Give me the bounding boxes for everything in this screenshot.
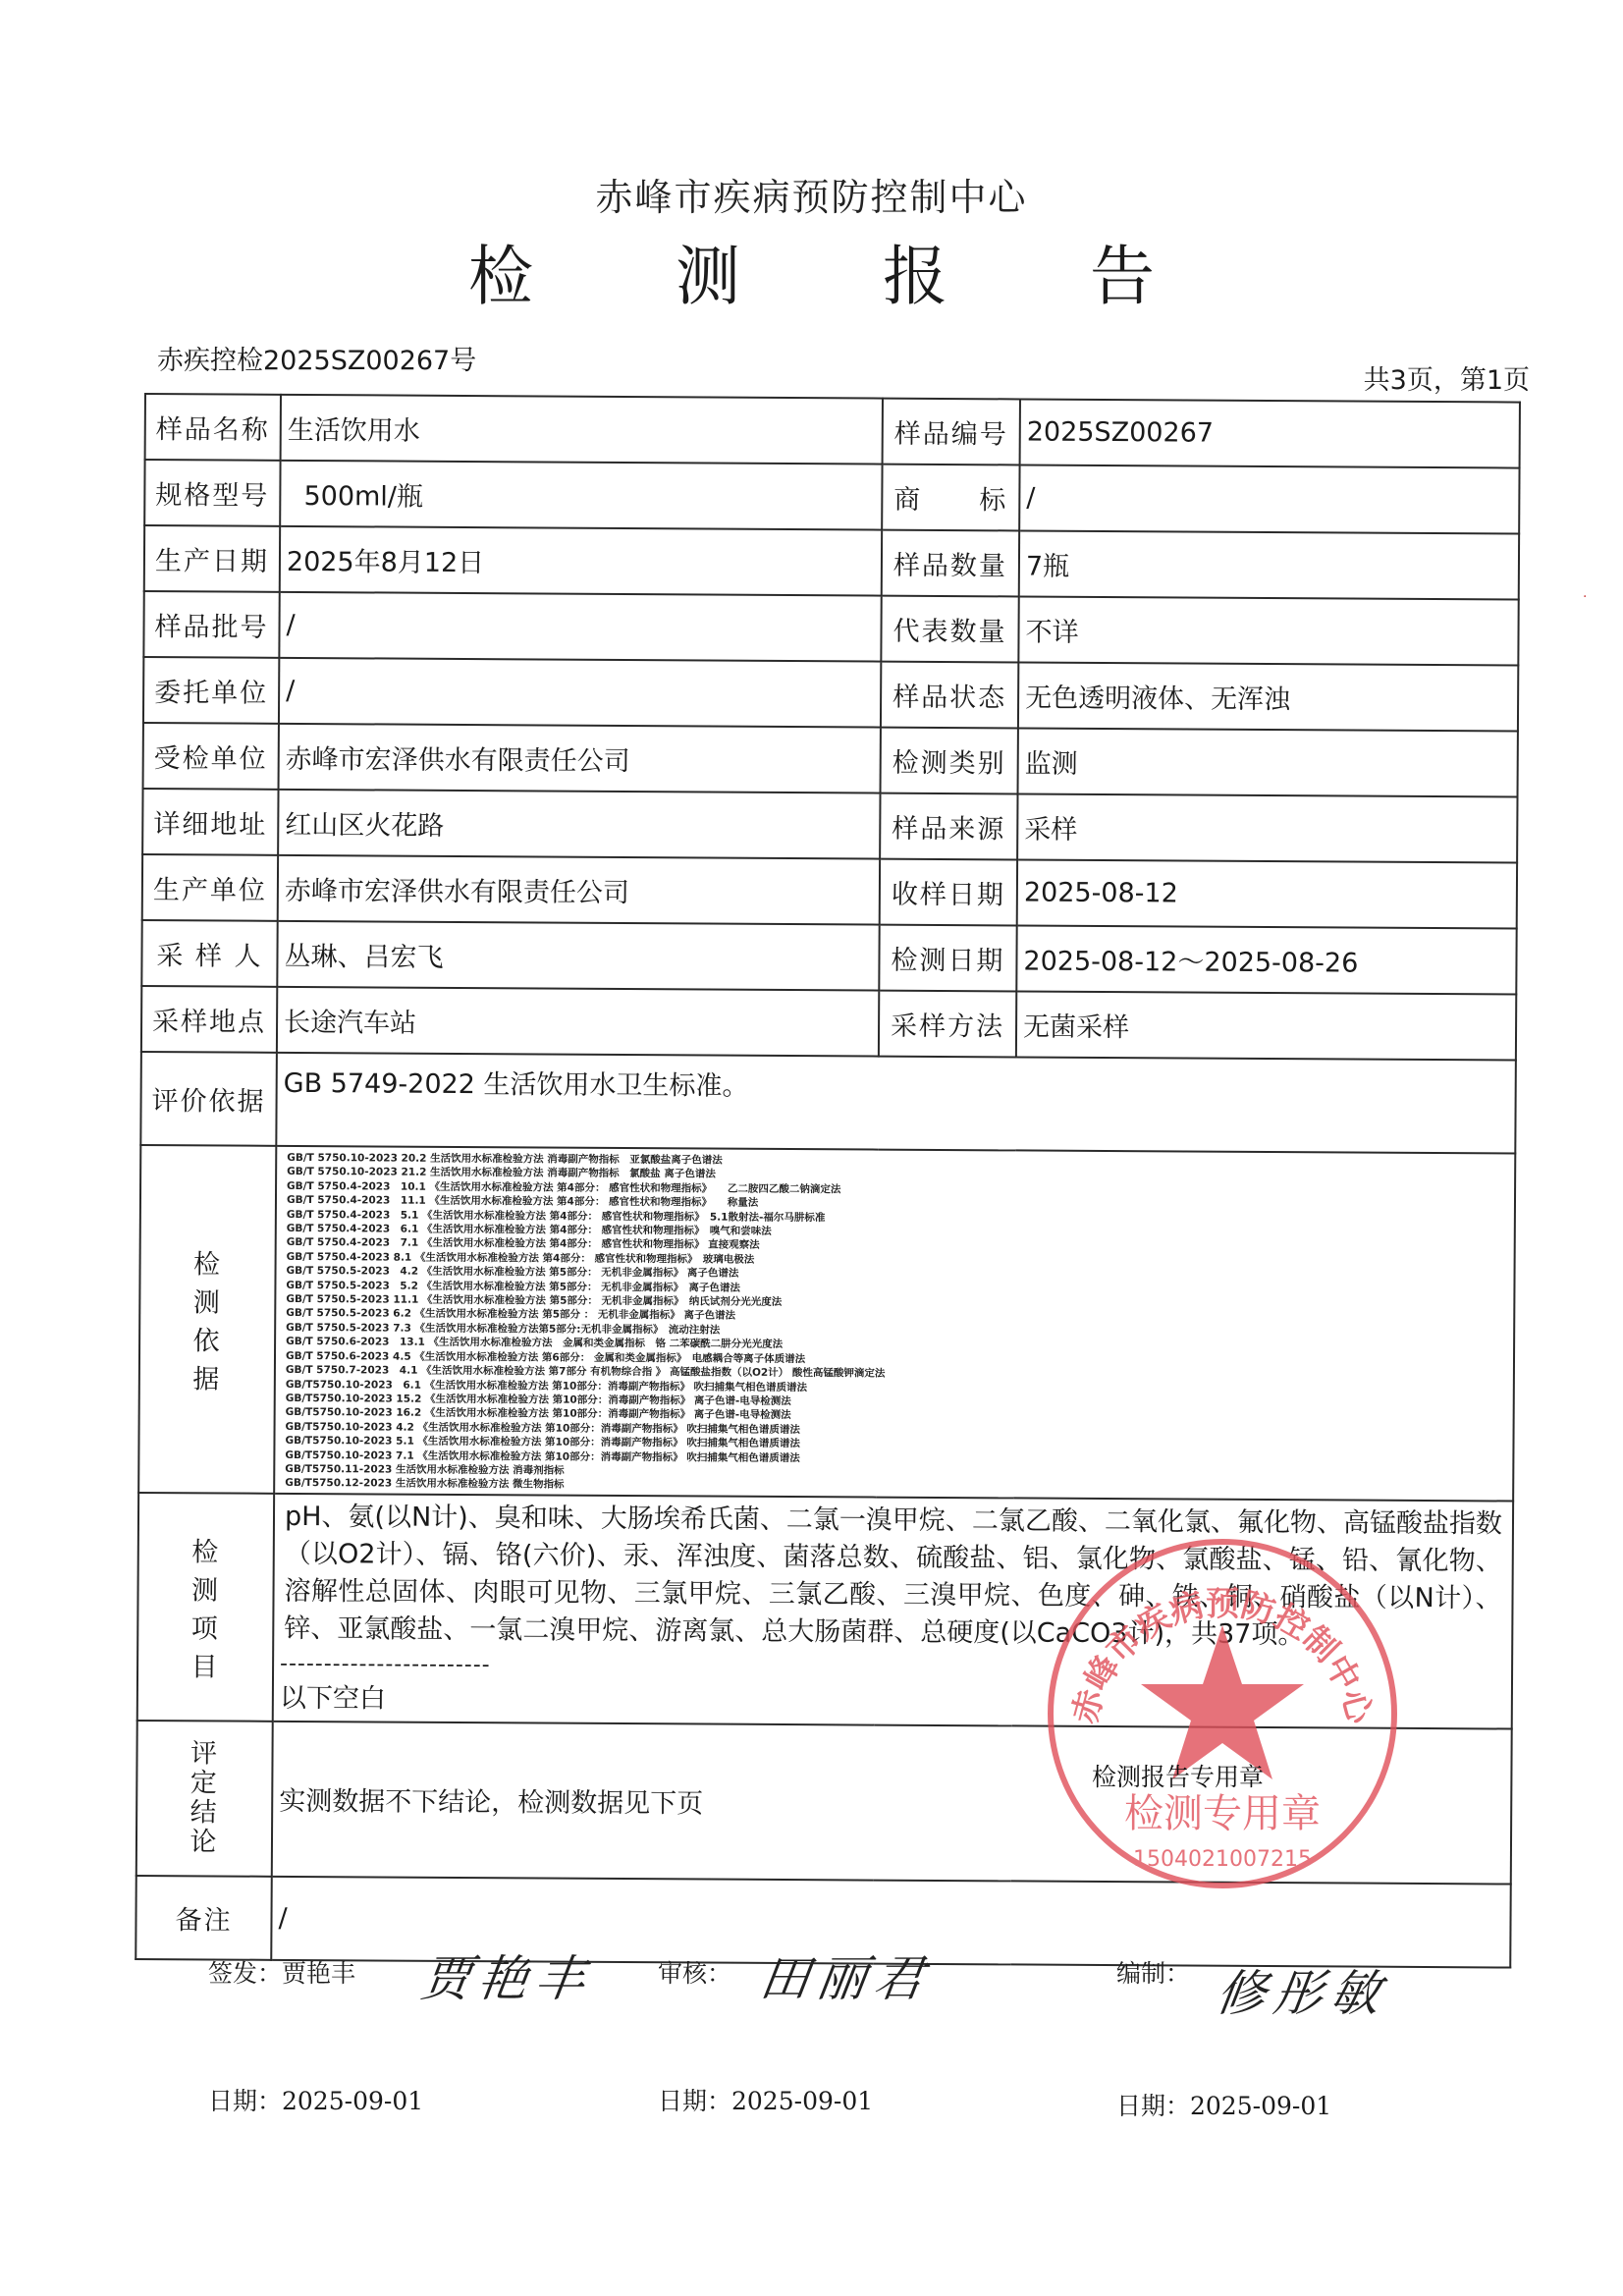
info-left-value: 生活饮用水: [281, 395, 883, 465]
info-rows: 样品名称生活饮用水样品编号2025SZ00267规格型号 500ml/瓶商 标/…: [141, 394, 1520, 1061]
organization-name: 赤峰市疾病预防控制中心: [0, 167, 1623, 221]
issuer-signature: 贾艳丰: [417, 1940, 598, 2010]
info-right-label: 样品数量: [882, 530, 1019, 597]
info-left-label: 受检单位: [143, 723, 279, 790]
info-right-value: 采样: [1017, 793, 1517, 862]
info-left-value: 赤峰市宏泽供水有限责任公司: [278, 855, 880, 925]
info-right-value: 7瓶: [1019, 530, 1519, 599]
info-right-label: 收样日期: [880, 859, 1017, 926]
info-row: 样品批号/代表数量不详: [143, 591, 1518, 666]
reviewer-date: 日期：2025-09-01: [658, 2082, 873, 2117]
test-items-text: pH、氨(以N计)、臭和味、大肠埃希氏菌、二氯一溴甲烷、二氯乙酸、二氧化氯、氟化…: [280, 1495, 1506, 1660]
info-row: 采 样 人丛琳、吕宏飞检测日期2025-08-12～2025-08-26: [141, 920, 1516, 995]
info-row: 采样地点长途汽车站采样方法无菌采样: [141, 986, 1516, 1061]
info-right-value: 不详: [1018, 596, 1518, 665]
info-right-label: 采样方法: [879, 991, 1016, 1058]
info-row: 生产单位赤峰市宏泽供水有限责任公司收样日期2025-08-12: [142, 854, 1517, 929]
test-items-label-text: 检测项目: [144, 1530, 267, 1684]
info-left-label: 规格型号: [144, 460, 280, 526]
scan-mark: ·: [1583, 589, 1587, 605]
test-items-label: 检测项目: [137, 1493, 274, 1722]
info-left-value: /: [279, 592, 881, 662]
page-info: 共3页，第1页: [1364, 358, 1530, 397]
info-row: 规格型号 500ml/瓶商 标/: [144, 460, 1519, 534]
info-left-label: 样品批号: [143, 591, 279, 658]
info-left-label: 生产单位: [142, 854, 278, 921]
test-items-row: 检测项目 pH、氨(以N计)、臭和味、大肠埃希氏菌、二氯一溴甲烷、二氯乙酸、二氧…: [137, 1493, 1513, 1729]
info-right-label: 样品状态: [881, 662, 1018, 729]
info-left-label: 采 样 人: [141, 920, 277, 987]
info-right-value: 无菌采样: [1016, 991, 1516, 1060]
info-right-label: 检测日期: [879, 925, 1016, 992]
compiler-date: 日期：2025-09-01: [1116, 2087, 1331, 2122]
test-basis-row: 检测依据 GB/T 5750.10-2023 20.2 生活饮用水标准检验方法 …: [138, 1145, 1515, 1501]
info-right-value: 无色透明液体、无浑浊: [1018, 662, 1518, 731]
info-right-label: 检测类别: [881, 728, 1018, 794]
conclusion-text: 实测数据不下结论，检测数据见下页: [272, 1722, 1512, 1885]
info-right-value: 2025-08-12: [1017, 859, 1517, 928]
info-left-label: 样品名称: [145, 394, 281, 461]
info-right-label: 样品编号: [883, 399, 1020, 465]
info-right-label: 样品来源: [880, 793, 1017, 860]
test-items-cell: pH、氨(以N计)、臭和味、大肠埃希氏菌、二氯一溴甲烷、二氯乙酸、二氧化氯、氟化…: [273, 1494, 1513, 1729]
test-basis-label: 检测依据: [138, 1145, 276, 1494]
compiler-label: 编制：: [1116, 1954, 1190, 1990]
info-row: 样品名称生活饮用水样品编号2025SZ00267: [145, 394, 1520, 468]
info-left-value: 500ml/瓶: [280, 461, 882, 530]
reviewer-label: 审核：: [658, 1954, 731, 1990]
evaluation-basis-label: 评价依据: [140, 1052, 277, 1146]
evaluation-basis-row: 评价依据 GB 5749-2022 生活饮用水卫生标准。: [140, 1052, 1516, 1154]
report-table: 样品名称生活饮用水样品编号2025SZ00267规格型号 500ml/瓶商 标/…: [135, 393, 1521, 1968]
info-right-value: 2025SZ00267: [1020, 399, 1520, 467]
info-right-value: 2025-08-12～2025-08-26: [1016, 925, 1516, 994]
stamp-caption: 检测报告专用章: [1092, 1758, 1264, 1793]
info-left-label: 委托单位: [143, 657, 279, 724]
info-left-label: 详细地址: [142, 789, 278, 855]
test-basis-label-text: 检测依据: [146, 1242, 269, 1396]
remarks-label: 备注: [135, 1876, 272, 1960]
info-right-value: /: [1019, 465, 1519, 533]
info-right-value: 监测: [1018, 728, 1518, 796]
info-row: 生产日期2025年8月12日样品数量7瓶: [144, 525, 1519, 600]
test-basis-cell: GB/T 5750.10-2023 20.2 生活饮用水标准检验方法 消毒副产物…: [274, 1146, 1515, 1501]
report-number: 赤疾控检2025SZ00267号: [157, 339, 476, 377]
issuer-label: 签发：贾艳丰: [208, 1954, 355, 1990]
info-left-value: 长途汽车站: [277, 987, 879, 1057]
conclusion-row: 评定结论 实测数据不下结论，检测数据见下页: [136, 1721, 1512, 1885]
info-left-value: /: [279, 658, 881, 728]
document-title: 检 测 报 告: [0, 224, 1623, 317]
compiler-signature: 修彤敏: [1213, 1954, 1393, 2025]
info-left-value: 2025年8月12日: [280, 526, 882, 596]
info-row: 受检单位赤峰市宏泽供水有限责任公司检测类别监测: [143, 723, 1518, 797]
info-left-label: 生产日期: [144, 525, 280, 592]
blank-note: 以下空白: [280, 1677, 1505, 1728]
info-left-value: 红山区火花路: [278, 790, 880, 859]
issuer-date: 日期：2025-09-01: [208, 2082, 423, 2117]
info-left-value: 赤峰市宏泽供水有限责任公司: [279, 724, 881, 793]
reviewer-signature: 田丽君: [756, 1940, 937, 2010]
info-left-value: 丛琳、吕宏飞: [277, 921, 879, 991]
info-row: 委托单位/样品状态无色透明液体、无浑浊: [143, 657, 1518, 732]
evaluation-basis-value: GB 5749-2022 生活饮用水卫生标准。: [276, 1053, 1516, 1154]
conclusion-label: 评定结论: [136, 1721, 273, 1877]
info-right-label: 商 标: [882, 465, 1019, 531]
info-right-label: 代表数量: [881, 596, 1018, 663]
conclusion-label-text: 评定结论: [143, 1739, 266, 1858]
info-row: 详细地址红山区火花路样品来源采样: [142, 789, 1517, 863]
info-left-label: 采样地点: [141, 986, 277, 1053]
test-basis-list: GB/T 5750.10-2023 20.2 生活饮用水标准检验方法 消毒副产物…: [281, 1147, 1508, 1500]
